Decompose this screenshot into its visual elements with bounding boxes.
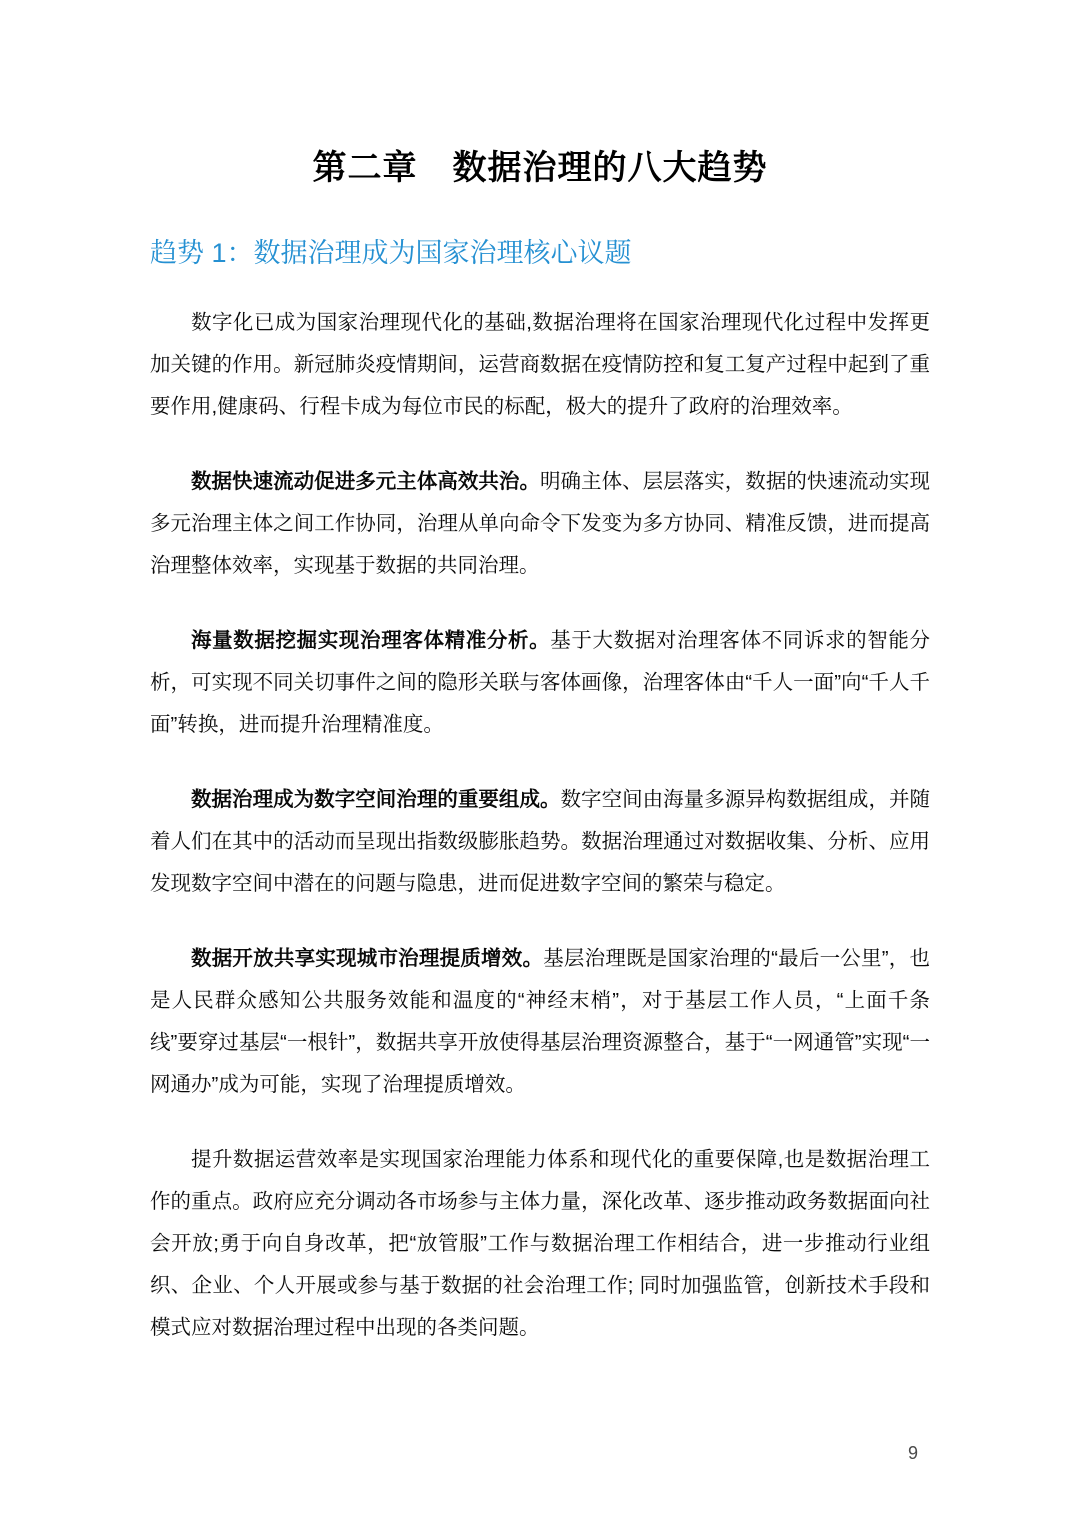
section-heading-trend-1: 趋势 1：数据治理成为国家治理核心议题 <box>150 236 930 270</box>
paragraph-5: 数据开放共享实现城市治理提质增效。基层治理既是国家治理的“最后一公里”，也是人民… <box>150 938 930 1106</box>
paragraph-5-lead: 数据开放共享实现城市治理提质增效。 <box>191 947 543 970</box>
body-text: 数字化已成为国家治理现代化的基础,数据治理将在国家治理现代化过程中发挥更加关键的… <box>150 302 930 1349</box>
document-page: 第二章 数据治理的八大趋势 趋势 1：数据治理成为国家治理核心议题 数字化已成为… <box>0 0 1080 1527</box>
paragraph-4: 数据治理成为数字空间治理的重要组成。数字空间由海量多源异构数据组成，并随着人们在… <box>150 779 930 905</box>
paragraph-3: 海量数据挖掘实现治理客体精准分析。基于大数据对治理客体不同诉求的智能分析，可实现… <box>150 620 930 746</box>
paragraph-3-lead: 海量数据挖掘实现治理客体精准分析。 <box>191 629 550 652</box>
paragraph-6-text: 提升数据运营效率是实现国家治理能力体系和现代化的重要保障,也是数据治理工作的重点… <box>150 1148 930 1339</box>
paragraph-1: 数字化已成为国家治理现代化的基础,数据治理将在国家治理现代化过程中发挥更加关键的… <box>150 302 930 428</box>
paragraph-1-text: 数字化已成为国家治理现代化的基础,数据治理将在国家治理现代化过程中发挥更加关键的… <box>150 311 930 418</box>
paragraph-6: 提升数据运营效率是实现国家治理能力体系和现代化的重要保障,也是数据治理工作的重点… <box>150 1139 930 1349</box>
paragraph-4-lead: 数据治理成为数字空间治理的重要组成。 <box>191 788 561 811</box>
paragraph-2-lead: 数据快速流动促进多元主体高效共治。 <box>191 470 540 493</box>
paragraph-2: 数据快速流动促进多元主体高效共治。明确主体、层层落实，数据的快速流动实现多元治理… <box>150 461 930 587</box>
page-number: 9 <box>908 1443 918 1463</box>
chapter-title: 第二章 数据治理的八大趋势 <box>0 0 1080 190</box>
